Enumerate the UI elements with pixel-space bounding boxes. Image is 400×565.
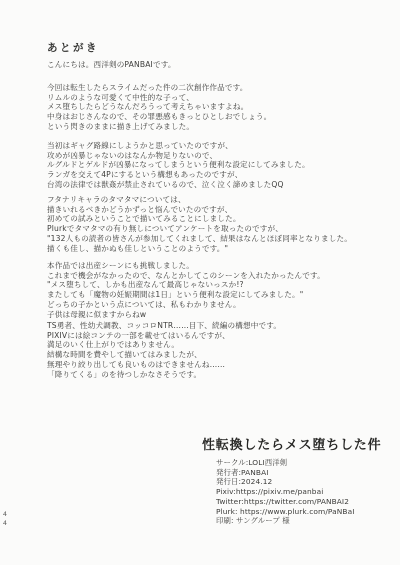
afterword-paragraph-sequel: TS勇者、性幼犬調教、コッコロNTR……目下、続編の構想中です。 PIXIVには… (47, 321, 281, 379)
colophon-credits: サークル:LOLI西洋剣 発行者:PANBAI 発行日:2024.12 Pixi… (216, 458, 398, 526)
afterword-paragraph-concept: 今回は転生したらスライムだった件の二次創作作品です。 リムルのような可愛くて中性… (47, 83, 271, 132)
publish-date-line: 発行日:2024.12 (216, 477, 398, 487)
circle-line: サークル:LOLI西洋剣 (216, 458, 398, 468)
pixiv-url-line: Pixiv:https://pixiv.me/panbai (216, 487, 398, 497)
publisher-line: 発行者:PANBAI (216, 468, 398, 478)
afterword-paragraph-greeting: こんにちは。西洋剣のPANBAIです。 (47, 60, 176, 70)
afterword-page: あとがき こんにちは。西洋剣のPANBAIです。 今回は転生したらスライムだった… (0, 0, 400, 565)
plurk-url-line: Plurk: https://www.plurk.com/PaNBaI (216, 507, 398, 517)
colophon: 性転換したらメス堕ちした件 サークル:LOLI西洋剣 発行者:PANBAI 発行… (202, 434, 398, 526)
afterword-paragraph-poll: フタナリキャラのタマタマについては、 描きいれるべきかどうかずっと悩んでいたので… (47, 195, 352, 253)
printer-line: 印刷: サングループ 様 (216, 516, 398, 526)
afterword-paragraph-birth-scene: 本作品では出産シーンにも挑戦しました。 これまで機会がなかったので、なんとかして… (47, 261, 325, 319)
page-number: 44 (1, 510, 9, 528)
afterword-heading: あとがき (47, 40, 99, 55)
afterword-paragraph-setting: 当初はギャグ路線にしようかと思っていたのですが、 攻めが凶暴じゃないのはなんか物… (47, 141, 310, 190)
doujin-title: 性転換したらメス堕ちした件 (202, 434, 398, 453)
twitter-url-line: Twitter:https://twitter.com/PANBAI2 (216, 497, 398, 507)
